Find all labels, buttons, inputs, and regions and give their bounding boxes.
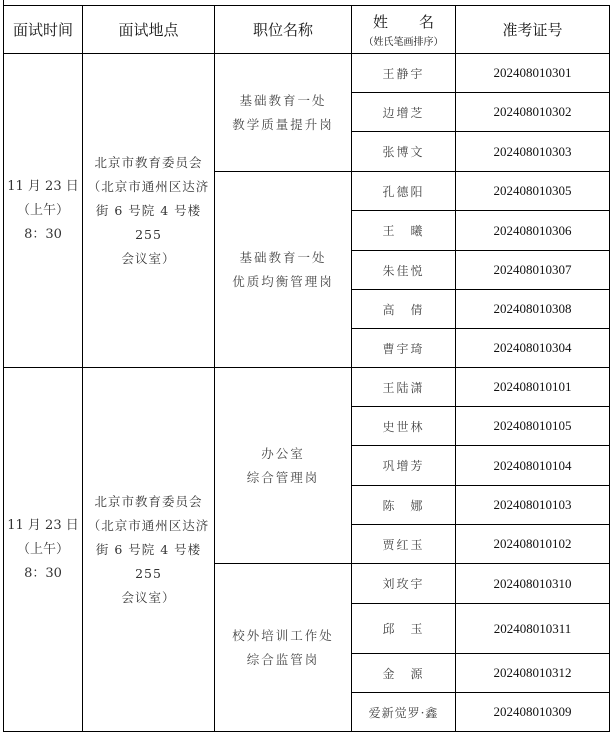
header-name-sort-note: （姓氏笔画排序） xyxy=(352,33,455,48)
candidate-name: 王静宇 xyxy=(352,54,456,93)
position-title: 优质均衡管理岗 xyxy=(215,270,351,294)
candidate-name: 孔德阳 xyxy=(352,172,456,211)
candidate-name: 朱佳悦 xyxy=(352,251,456,290)
candidate-name: 邱 玉 xyxy=(352,604,456,654)
candidate-exam-id: 202408010307 xyxy=(456,251,610,290)
candidate-exam-id: 202408010303 xyxy=(456,132,610,172)
time-period: （上午） xyxy=(4,538,82,562)
candidate-name: 曹宇琦 xyxy=(352,329,456,368)
interview-place-cell: 北京市教育委员会 （北京市通州区达济 街 6 号院 4 号楼 255 会议室） xyxy=(83,54,215,368)
candidate-name: 陈 娜 xyxy=(352,486,456,525)
time-date: 11 月 23 日 xyxy=(4,175,82,199)
candidate-name: 王陆潇 xyxy=(352,368,456,407)
candidate-name: 张博文 xyxy=(352,132,456,172)
header-exam-id: 准考证号 xyxy=(456,6,610,54)
place-room: 会议室） xyxy=(83,247,214,271)
candidate-name: 贾红玉 xyxy=(352,525,456,564)
position-title: 综合监管岗 xyxy=(215,648,351,672)
place-address-1: （北京市通州区达济 xyxy=(83,175,214,199)
candidate-exam-id: 202408010306 xyxy=(456,211,610,251)
candidate-exam-id: 202408010309 xyxy=(456,693,610,732)
place-address-1: （北京市通州区达济 xyxy=(83,514,214,538)
header-position: 职位名称 xyxy=(215,6,352,54)
place-room: 会议室） xyxy=(83,586,214,610)
position-cell: 基础教育一处 优质均衡管理岗 xyxy=(215,172,352,368)
candidate-name: 史世林 xyxy=(352,407,456,446)
candidate-exam-id: 202408010311 xyxy=(456,604,610,654)
candidate-exam-id: 202408010105 xyxy=(456,407,610,446)
place-address-2: 街 6 号院 4 号楼 255 xyxy=(83,199,214,247)
place-address-2: 街 6 号院 4 号楼 255 xyxy=(83,538,214,586)
candidate-exam-id: 202408010102 xyxy=(456,525,610,564)
candidate-name: 金 源 xyxy=(352,654,456,693)
header-row: 面试时间 面试地点 职位名称 姓 名 （姓氏笔画排序） 准考证号 xyxy=(4,6,610,54)
header-time: 面试时间 xyxy=(4,6,83,54)
interview-place-cell: 北京市教育委员会 （北京市通州区达济 街 6 号院 4 号楼 255 会议室） xyxy=(83,368,215,732)
table-row: 11 月 23 日 （上午） 8：30 北京市教育委员会 （北京市通州区达济 街… xyxy=(4,54,610,93)
position-title: 教学质量提升岗 xyxy=(215,113,351,137)
candidate-name: 爱新觉罗·鑫 xyxy=(352,693,456,732)
position-dept: 校外培训工作处 xyxy=(215,624,351,648)
interview-time-cell: 11 月 23 日 （上午） 8：30 xyxy=(4,54,83,368)
candidate-exam-id: 202408010301 xyxy=(456,54,610,93)
position-cell: 基础教育一处 教学质量提升岗 xyxy=(215,54,352,172)
candidate-name: 王 曦 xyxy=(352,211,456,251)
candidate-exam-id: 202408010310 xyxy=(456,564,610,604)
position-title: 综合管理岗 xyxy=(215,466,351,490)
position-dept: 办公室 xyxy=(215,442,351,466)
place-org: 北京市教育委员会 xyxy=(83,151,214,175)
candidate-exam-id: 202408010312 xyxy=(456,654,610,693)
candidate-exam-id: 202408010101 xyxy=(456,368,610,407)
position-cell: 校外培训工作处 综合监管岗 xyxy=(215,564,352,732)
header-place: 面试地点 xyxy=(83,6,215,54)
time-period: （上午） xyxy=(4,199,82,223)
candidate-exam-id: 202408010308 xyxy=(456,290,610,329)
candidate-exam-id: 202408010302 xyxy=(456,93,610,132)
time-clock: 8：30 xyxy=(4,223,82,247)
table-row: 11 月 23 日 （上午） 8：30 北京市教育委员会 （北京市通州区达济 街… xyxy=(4,368,610,407)
interview-schedule-table: 面试时间 面试地点 职位名称 姓 名 （姓氏笔画排序） 准考证号 11 月 23… xyxy=(3,5,610,732)
position-cell: 办公室 综合管理岗 xyxy=(215,368,352,564)
candidate-name: 边增芝 xyxy=(352,93,456,132)
time-date: 11 月 23 日 xyxy=(4,514,82,538)
header-name: 姓 名 （姓氏笔画排序） xyxy=(352,6,456,54)
candidate-exam-id: 202408010304 xyxy=(456,329,610,368)
position-dept: 基础教育一处 xyxy=(215,246,351,270)
candidate-name: 高 倩 xyxy=(352,290,456,329)
time-clock: 8：30 xyxy=(4,562,82,586)
candidate-exam-id: 202408010103 xyxy=(456,486,610,525)
position-dept: 基础教育一处 xyxy=(215,89,351,113)
interview-time-cell: 11 月 23 日 （上午） 8：30 xyxy=(4,368,83,732)
candidate-name: 巩增芳 xyxy=(352,446,456,486)
candidate-name: 刘玫宇 xyxy=(352,564,456,604)
header-name-label: 姓 名 xyxy=(352,11,455,32)
candidate-exam-id: 202408010104 xyxy=(456,446,610,486)
candidate-exam-id: 202408010305 xyxy=(456,172,610,211)
place-org: 北京市教育委员会 xyxy=(83,490,214,514)
